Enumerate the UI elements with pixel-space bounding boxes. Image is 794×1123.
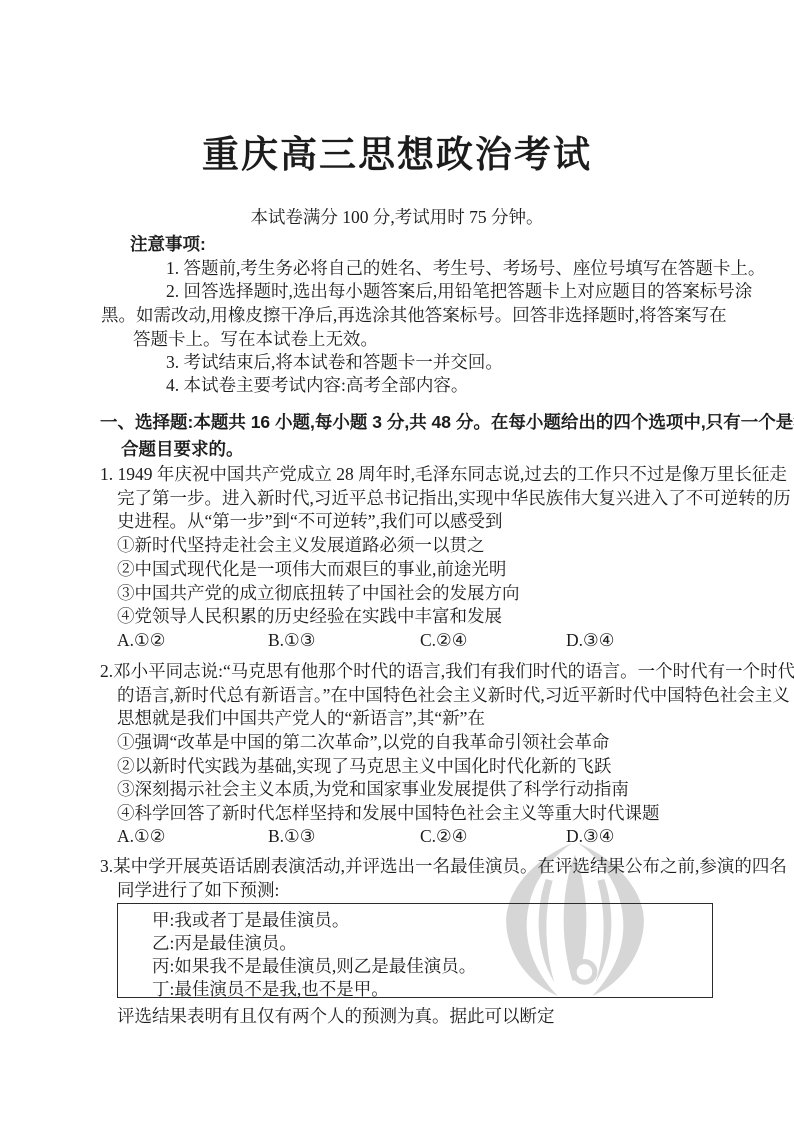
- section-heading-line-1: 一、选择题:本题共 16 小题,每小题 3 分,共 48 分。在每小题给出的四个…: [100, 412, 794, 433]
- notice-line-3: 3. 考试结束后,将本试卷和答题卡一并交回。: [166, 352, 503, 373]
- q1-item-4: ④党领导人民积累的历史经验在实践中丰富和发展: [117, 606, 502, 627]
- q3-tail-line: 评选结果表明有且仅有两个人的预测为真。据此可以断定: [117, 1006, 555, 1027]
- q2-options-row: A.①② B.①③ C.②④ D.③④: [0, 826, 794, 848]
- q1-stem-line-1: 1. 1949 年庆祝中国共产党成立 28 周年时,毛泽东同志说,过去的工作只不…: [100, 464, 787, 485]
- q2-stem-line-3: 思想就是我们中国共产党人的“新语言”,其“新”在: [117, 708, 485, 729]
- q1-option-d: D.③④: [566, 630, 614, 651]
- q1-item-2: ②中国式现代化是一项伟大而艰巨的事业,前途光明: [117, 559, 506, 580]
- notice-line-4: 4. 本试卷主要考试内容:高考全部内容。: [166, 375, 468, 396]
- q3-stem-line-2: 同学进行了如下预测:: [117, 880, 279, 901]
- q1-stem-line-2: 完了第一步。进入新时代,习近平总书记指出,实现中华民族伟大复兴进入了不可逆转的历: [117, 488, 791, 509]
- q1-option-b: B.①③: [268, 630, 315, 651]
- q1-option-c: C.②④: [420, 630, 467, 651]
- q2-item-2: ②以新时代实践为基础,实现了马克思主义中国化时代化新的飞跃: [117, 756, 611, 777]
- prediction-line-bing: 丙:如果我不是最佳演员,则乙是最佳演员。: [152, 956, 476, 977]
- section-heading-line-2: 合题目要求的。: [121, 439, 244, 460]
- notice-line-1: 1. 答题前,考生务必将自己的姓名、考生号、考场号、座位号填写在答题卡上。: [166, 258, 765, 279]
- exam-title: 重庆高三思想政治考试: [0, 124, 794, 178]
- notice-heading: 注意事项:: [130, 234, 206, 255]
- notice-line-2-cont2: 答题卡上。写在本试卷上无效。: [133, 329, 378, 350]
- q3-stem-line-1: 3.某中学开展英语话剧表演活动,并评选出一名最佳演员。在评选结果公布之前,参演的…: [100, 856, 787, 877]
- q1-option-a: A.①②: [117, 630, 165, 651]
- prediction-line-jia: 甲:我或者丁是最佳演员。: [152, 910, 349, 931]
- notice-line-2-cont: 黑。如需改动,用橡皮擦干净后,再选涂其他答案标号。回答非选择题时,将答案写在: [101, 305, 727, 326]
- exam-subtitle: 本试卷满分 100 分,考试用时 75 分钟。: [0, 204, 794, 229]
- exam-paper-page: 重庆高三思想政治考试 本试卷满分 100 分,考试用时 75 分钟。 注意事项:…: [0, 0, 794, 1123]
- q2-option-d: D.③④: [566, 826, 614, 847]
- q2-stem-line-2: 的语言,新时代总有新语言。”在中国特色社会主义新时代,习近平新时代中国特色社会主…: [117, 685, 790, 706]
- q2-option-b: B.①③: [268, 826, 315, 847]
- q2-stem-line-1: 2.邓小平同志说:“马克思有他那个时代的语言,我们有我们时代的语言。一个时代有一…: [100, 661, 794, 682]
- q2-option-a: A.①②: [117, 826, 165, 847]
- q1-item-1: ①新时代坚持走社会主义发展道路必须一以贯之: [117, 535, 485, 556]
- q1-item-3: ③中国共产党的成立彻底扭转了中国社会的发展方向: [117, 583, 520, 604]
- q2-option-c: C.②④: [420, 826, 467, 847]
- prediction-line-ding: 丁:最佳演员不是我,也不是甲。: [152, 979, 389, 1000]
- q2-item-4: ④科学回答了新时代怎样坚持和发展中国特色社会主义等重大时代课题: [117, 803, 660, 824]
- q2-item-3: ③深刻揭示社会主义本质,为党和国家事业发展提供了科学行动指南: [117, 779, 629, 800]
- prediction-line-yi: 乙:丙是最佳演员。: [152, 933, 297, 954]
- q2-item-1: ①强调“改革是中国的第二次革命”,以党的自我革命引领社会革命: [117, 732, 609, 753]
- q1-stem-line-3: 史进程。从“第一步”到“不可逆转”,我们可以感受到: [117, 511, 502, 532]
- notice-line-2: 2. 回答选择题时,选出每小题答案后,用铅笔把答题卡上对应题目的答案标号涂: [166, 281, 752, 302]
- q1-options-row: A.①② B.①③ C.②④ D.③④: [0, 630, 794, 652]
